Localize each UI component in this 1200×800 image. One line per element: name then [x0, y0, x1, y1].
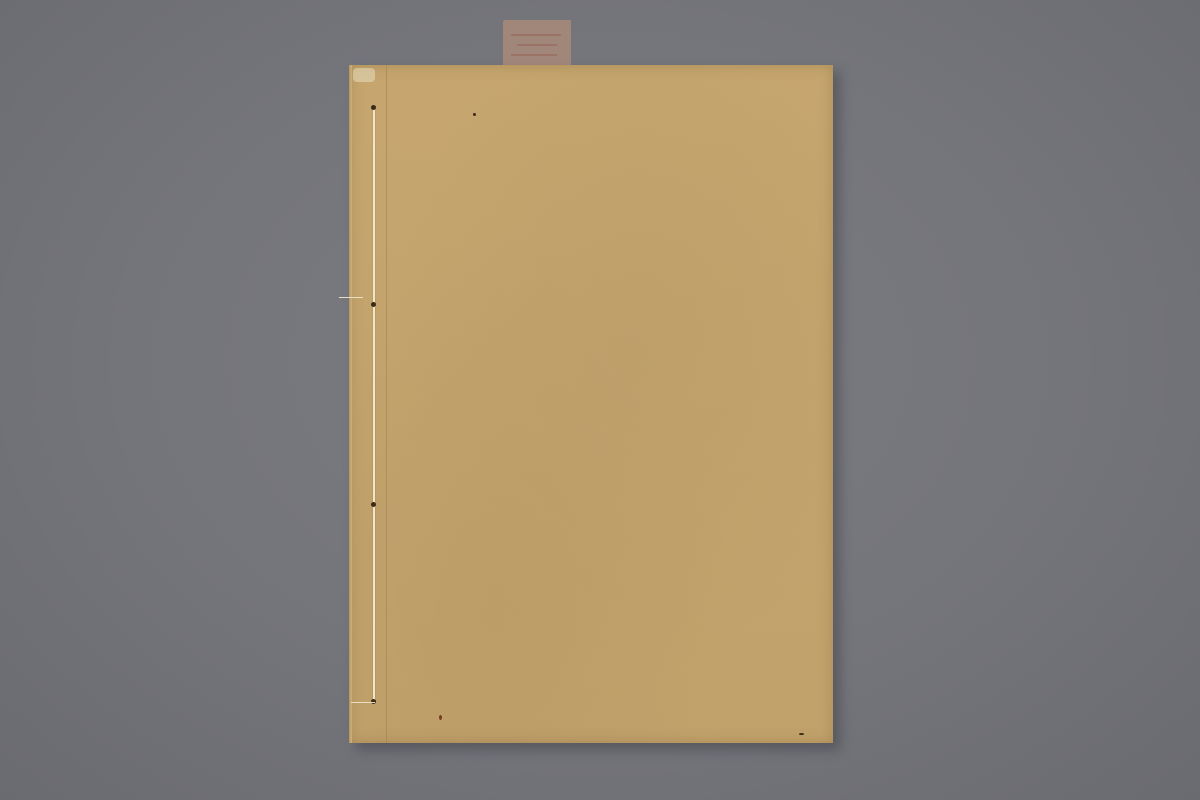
paper-speck	[799, 733, 804, 735]
book-cover	[349, 65, 833, 743]
binding-hole	[371, 105, 376, 110]
binding-hole	[371, 502, 376, 507]
binding-thread	[373, 505, 375, 703]
binding-thread	[373, 305, 375, 505]
paper-speck	[439, 715, 442, 720]
binding-thread	[373, 107, 375, 305]
paper-speck	[473, 113, 476, 116]
worn-corner	[353, 68, 375, 82]
label-line	[511, 54, 557, 56]
label-line	[517, 44, 557, 46]
binding-thread-loop	[339, 297, 363, 298]
binding-hole	[371, 302, 376, 307]
spine-edge	[349, 65, 352, 743]
catalog-label-tag	[503, 20, 571, 68]
cover-fold-line	[386, 65, 387, 743]
binding-thread-loop	[351, 702, 375, 703]
label-line	[511, 34, 561, 36]
